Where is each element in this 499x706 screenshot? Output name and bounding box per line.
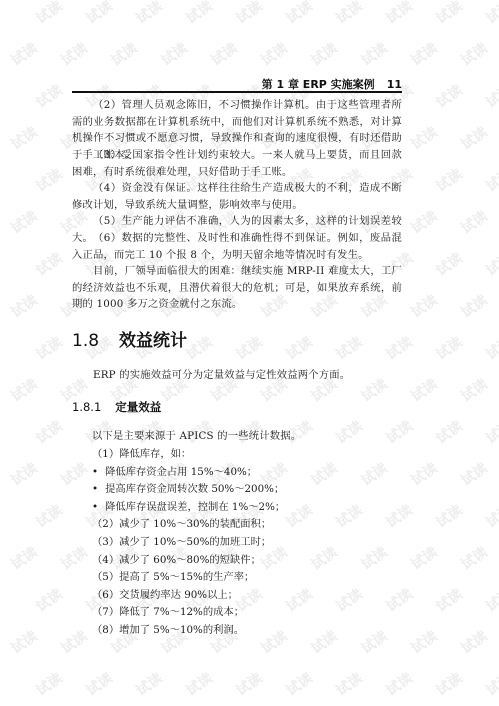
watermark-text: 试读 [407,122,441,154]
watermark-text: 试读 [32,332,66,364]
watermark-text: 试读 [32,416,66,448]
watermark-text: 试读 [457,542,491,574]
watermark-text: 试读 [32,164,66,196]
watermark-text: 试读 [82,0,116,28]
watermark-text: 试读 [457,374,491,406]
page-number: 11 [387,78,402,91]
list-item: （8）增加了 5%～10%的利润。 [92,622,402,640]
paragraph-current-situation: 目前，厂领导面临很大的困难：继续实施 MRP-II 难度太大，工厂的经济效益也不… [72,263,402,313]
running-header: 第 1 章 ERP 实施案例11 [72,76,402,90]
watermark-text: 试读 [432,80,466,112]
watermark-text: 试读 [7,290,41,322]
watermark-text: 试读 [7,38,41,70]
watermark-text: 试读 [7,542,41,574]
list-item-text: 提高库存资金周转次数 50%～200%； [105,483,284,495]
watermark-text: 试读 [432,668,466,700]
watermark-text: 试读 [282,0,316,28]
paragraph-item-3: （3）受国家指令性计划约束较大。一来人就马上要货，而且回款困难，有时系统很难处理… [72,147,402,180]
list-item: （4）减少了 60%～80%的短缺件； [92,552,402,570]
watermark-text: 试读 [432,0,466,28]
watermark-text: 试读 [132,0,166,28]
watermark-text: 试读 [482,248,499,280]
list-item: 降低库存误盘误差，控制在 1%～2%； [92,499,402,517]
watermark-text: 试读 [407,206,441,238]
section-heading: 1.8效益统计 [72,326,187,351]
list-item: 提高库存资金周转次数 50%～200%； [92,481,402,499]
watermark-text: 试读 [332,668,366,700]
list-item: （6）交货履约率达 90%以上； [92,587,402,605]
list-item: （1）降低库存，如： [92,446,402,464]
watermark-text: 试读 [232,668,266,700]
watermark-text: 试读 [157,38,191,70]
watermark-text: 试读 [382,668,416,700]
benefit-list: （1）降低库存，如： 降低库存资金占用 15%～40%； 提高库存资金周转次数 … [92,446,402,640]
list-item: （7）降低了 7%～12%的成本； [92,604,402,622]
watermark-text: 试读 [332,332,366,364]
watermark-text: 试读 [482,584,499,616]
section-intro: ERP 的实施效益可分为定量效益与定性效益两个方面。 [72,367,402,384]
watermark-text: 试读 [57,542,91,574]
watermark-text: 试读 [432,164,466,196]
list-item: 降低库存资金占用 15%～40%； [92,464,402,482]
watermark-text: 试读 [382,0,416,28]
subsection-number: 1.8.1 [72,400,101,414]
watermark-text: 试读 [407,38,441,70]
subsection-intro: 以下是主要来源于 APICS 的一些统计数据。 [92,428,402,445]
watermark-text: 试读 [57,458,91,490]
watermark-text: 试读 [457,458,491,490]
watermark-text: 试读 [7,122,41,154]
list-item: （3）减少了 10%～50%的加班工时； [92,534,402,552]
watermark-text: 试读 [407,374,441,406]
watermark-text: 试读 [282,332,316,364]
watermark-text: 试读 [32,0,66,28]
watermark-text: 试读 [432,332,466,364]
watermark-text: 试读 [257,38,291,70]
watermark-text: 试读 [82,668,116,700]
section-number: 1.8 [72,331,99,351]
watermark-text: 试读 [7,626,41,658]
watermark-text: 试读 [7,458,41,490]
watermark-text: 试读 [482,416,499,448]
watermark-text: 试读 [207,38,241,70]
watermark-text: 试读 [57,38,91,70]
watermark-text: 试读 [132,668,166,700]
list-item: （5）提高了 5%～15%的生产率； [92,569,402,587]
list-item: （2）减少了 10%～30%的装配面积； [92,516,402,534]
list-item-text: 降低库存误盘误差，控制在 1%～2%； [105,501,285,513]
watermark-text: 试读 [107,38,141,70]
watermark-text: 试读 [32,248,66,280]
watermark-text: 试读 [407,290,441,322]
paragraph-item-6: （6）数据的完整性、及时性和准确性得不到保证。例如，废品混入正品，而完工 10 … [72,230,402,263]
chapter-title: 第 1 章 ERP 实施案例 [262,78,375,91]
watermark-text: 试读 [32,500,66,532]
watermark-text: 试读 [407,626,441,658]
watermark-text: 试读 [457,122,491,154]
watermark-text: 试读 [457,206,491,238]
list-item-text: 降低库存资金占用 15%～40%； [105,466,257,478]
watermark-text: 试读 [457,626,491,658]
subsection-heading: 1.8.1定量效益 [72,399,161,415]
watermark-text: 试读 [32,668,66,700]
watermark-text: 试读 [182,668,216,700]
watermark-text: 试读 [457,290,491,322]
subsection-title: 定量效益 [115,400,161,414]
section-title: 效益统计 [119,331,187,351]
watermark-text: 试读 [182,0,216,28]
watermark-text: 试读 [407,458,441,490]
watermark-text: 试读 [482,668,499,700]
watermark-text: 试读 [7,206,41,238]
watermark-text: 试读 [307,38,341,70]
watermark-text: 试读 [232,332,266,364]
watermark-text: 试读 [482,0,499,28]
watermark-text: 试读 [432,416,466,448]
watermark-text: 试读 [7,374,41,406]
watermark-text: 试读 [457,38,491,70]
watermark-text: 试读 [32,584,66,616]
watermark-text: 试读 [482,500,499,532]
watermark-text: 试读 [482,164,499,196]
watermark-text: 试读 [432,248,466,280]
header-rule [72,91,402,93]
watermark-text: 试读 [407,542,441,574]
watermark-text: 试读 [282,668,316,700]
watermark-text: 试读 [382,332,416,364]
watermark-text: 试读 [332,0,366,28]
watermark-text: 试读 [432,584,466,616]
watermark-text: 试读 [482,80,499,112]
watermark-text: 试读 [232,0,266,28]
watermark-text: 试读 [32,80,66,112]
watermark-text: 试读 [482,332,499,364]
watermark-text: 试读 [57,626,91,658]
paragraph-item-4: （4）资金没有保证。这样往往给生产造成极大的不利，造成不断修改计划，导致系统大量… [72,180,402,213]
watermark-text: 试读 [432,500,466,532]
watermark-text: 试读 [357,38,391,70]
